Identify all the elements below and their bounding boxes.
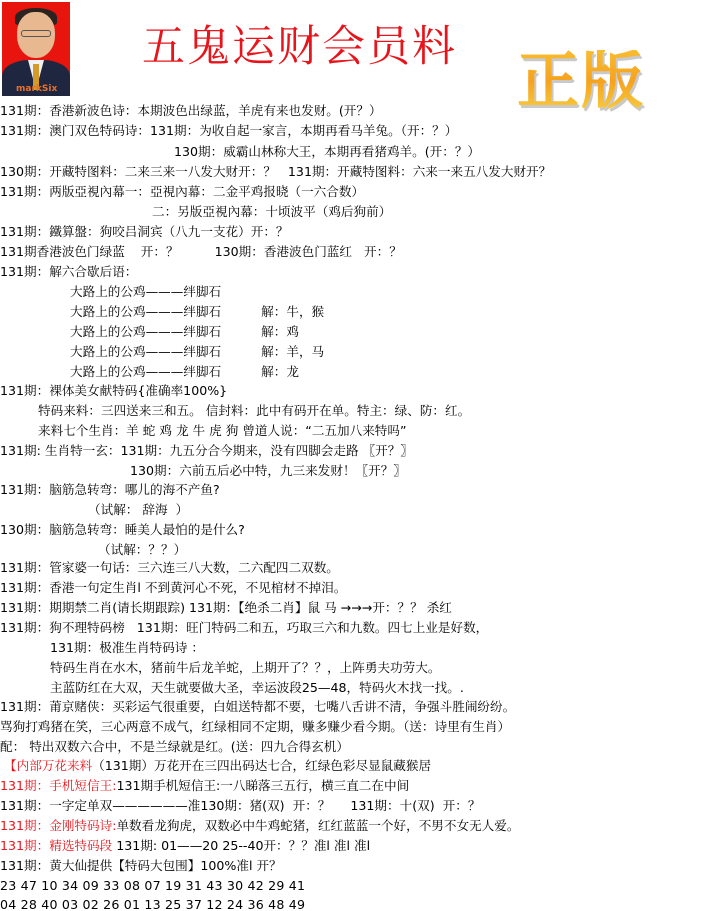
highlight-label: 131期：精选特码段 xyxy=(0,838,112,853)
page-title: 五鬼运财会员料 xyxy=(142,26,457,69)
text-line: 骂狗打鸡猪在笑，三心两意不成气，红绿相同不定期，赚多赚少看今期。（送：诗里有生肖… xyxy=(0,719,510,735)
text-line: 主蓝防红在大双，天生就要做大圣，幸运波段25—48，特码火木找一找。. xyxy=(50,680,464,696)
highlight-text: 131期: 01——20 25--40开：？？准l 准l 准l xyxy=(112,838,370,853)
highlight-text: （131期）万花开在三四出码达七合，红绿色彩尽显鼠藏猴居 xyxy=(92,758,431,773)
highlight-line: 131期：手机短信王:131期手机短信王:一八睇落三五行，横三直二在中间 xyxy=(0,778,409,794)
text-line: 131期：狗不理特码榜 131期：旺门特码二和五，巧取三六和九数。四七上业是好数… xyxy=(0,620,488,636)
text-line: 131期：脑筋急转弯：哪儿的海不产鱼? xyxy=(0,482,220,498)
text-line: 131期：裸体美女献特码{准确率100%} xyxy=(0,383,227,399)
text-line: 131期：两版亞視內幕一：亞視內幕：二金平鸡报晓（一六合数） xyxy=(0,184,364,200)
highlight-label: 【内部万花来料 xyxy=(4,758,92,773)
text-line: 大路上的公鸡———绊脚石 解：鸡 xyxy=(70,324,299,340)
text-line: 二：另版亞視內幕：十顷波平（鸡后狗前） xyxy=(152,204,391,220)
text-line: 131期：解六合歇后语： xyxy=(0,264,137,280)
text-line: 配： 特出双数六合中，不是兰绿就是红。(送：四九合得玄机） xyxy=(0,739,349,755)
highlight-line: 【内部万花来料（131期）万花开在三四出码达七合，红绿色彩尽显鼠藏猴居 xyxy=(4,758,431,774)
avatar-brand: markSix xyxy=(16,84,57,94)
text-line: 131期：香港一句定生肖l 不到黄河心不死，不见棺材不掉泪。 xyxy=(0,580,346,596)
highlight-text: 单数看龙狗虎，双数必中牛鸡蛇猪，红红蓝蓝一个好，不男不女无人爱。 xyxy=(116,818,519,833)
text-line: 130期：威霸山林称大王，本期再看猪鸡羊。(开：？） xyxy=(174,144,480,160)
text-line: 131期：极准生肖特码诗 ： xyxy=(50,640,204,656)
text-line: 大路上的公鸡———绊脚石 解：羊，马 xyxy=(70,344,324,360)
text-line: （试解： 辞海 ） xyxy=(88,502,188,518)
text-line: 131期：鐵算盤：狗咬吕洞宾（八九一支花）开：？ xyxy=(0,224,289,240)
text-line: （试解：？？） xyxy=(98,542,186,558)
text-line: 131期：香港新波色诗：本期波色出绿蓝，羊虎有来也发财。(开？） xyxy=(0,103,382,119)
avatar: markSix xyxy=(2,2,70,96)
text-line: 131期: 生肖特一玄：131期：九五分合今期来，没有四脚会走路 〖开？〗 xyxy=(0,443,413,459)
text-line: 131期：莆京赌侠：买彩运气很重要，白姐送特都不要，七嘴八舌讲不清，争强斗胜闹纷… xyxy=(0,699,515,715)
text-line: 特码来料：三四送来三和五。 信封料：此中有码开在单。特主：绿、防：红。 xyxy=(38,403,470,419)
number-row: 23 47 10 34 09 33 08 07 19 31 43 30 42 2… xyxy=(0,878,305,894)
text-line: 大路上的公鸡———绊脚石 解：牛，猴 xyxy=(70,304,324,320)
avatar-glasses xyxy=(21,30,51,37)
text-line: 131期：澳门双色特码诗：131期：为收自起一家言，本期再看马羊兔。（开：？） xyxy=(0,123,457,139)
number-row: 04 28 40 03 02 26 01 13 25 37 12 24 36 4… xyxy=(0,897,305,911)
text-line: 大路上的公鸡———绊脚石 xyxy=(70,284,221,300)
text-line: 131期：一字定单双——————准130期：猪(双) 开：？ 131期：十(双)… xyxy=(0,798,480,814)
highlight-text: 131期手机短信王:一八睇落三五行，横三直二在中间 xyxy=(116,778,409,793)
text-line: 来料七个生肖：羊 蛇 鸡 龙 牛 虎 狗 曾道人说：“二五加八来特吗” xyxy=(38,423,407,439)
highlight-line: 131期：金刚特码诗:单数看龙狗虎，双数必中牛鸡蛇猪，红红蓝蓝一个好，不男不女无… xyxy=(0,818,519,834)
text-line: 特码生肖在水木，猪前牛后龙羊蛇，上期开了？？，上阵勇夫功劳大。 xyxy=(50,660,440,676)
text-line: 130期：脑筋急转弯：睡美人最怕的是什么? xyxy=(0,522,245,538)
highlight-line: 131期：精选特码段 131期: 01——20 25--40开：？？准l 准l … xyxy=(0,838,370,854)
highlight-label: 131期：手机短信王: xyxy=(0,778,116,793)
text-line: 130期：开藏特图料：二来三来一八发大财开：？ 131期：开藏特图料：六来一来五… xyxy=(0,164,551,180)
text-line: 131期：期期禁二肖(请长期跟踪) 131期：【绝杀二肖】鼠 马 →→→开：？？… xyxy=(0,600,452,616)
text-line: 131期香港波色门绿蓝 开：？ 130期：香港波色门蓝红 开：？ xyxy=(0,244,402,260)
genuine-stamp: 正版 xyxy=(517,50,645,112)
text-line: 131期：黄大仙提供【特码大包围】100%准l 开？ xyxy=(0,858,282,874)
highlight-label: 131期：金刚特码诗: xyxy=(0,818,116,833)
text-line: 131期：管家婆一句话：三六连三八大数，二六配四二双数。 xyxy=(0,560,339,576)
text-line: 130期：六前五后必中特，九三来发财！〖开？〗 xyxy=(130,463,406,479)
text-line: 大路上的公鸡———绊脚石 解：龙 xyxy=(70,364,299,380)
